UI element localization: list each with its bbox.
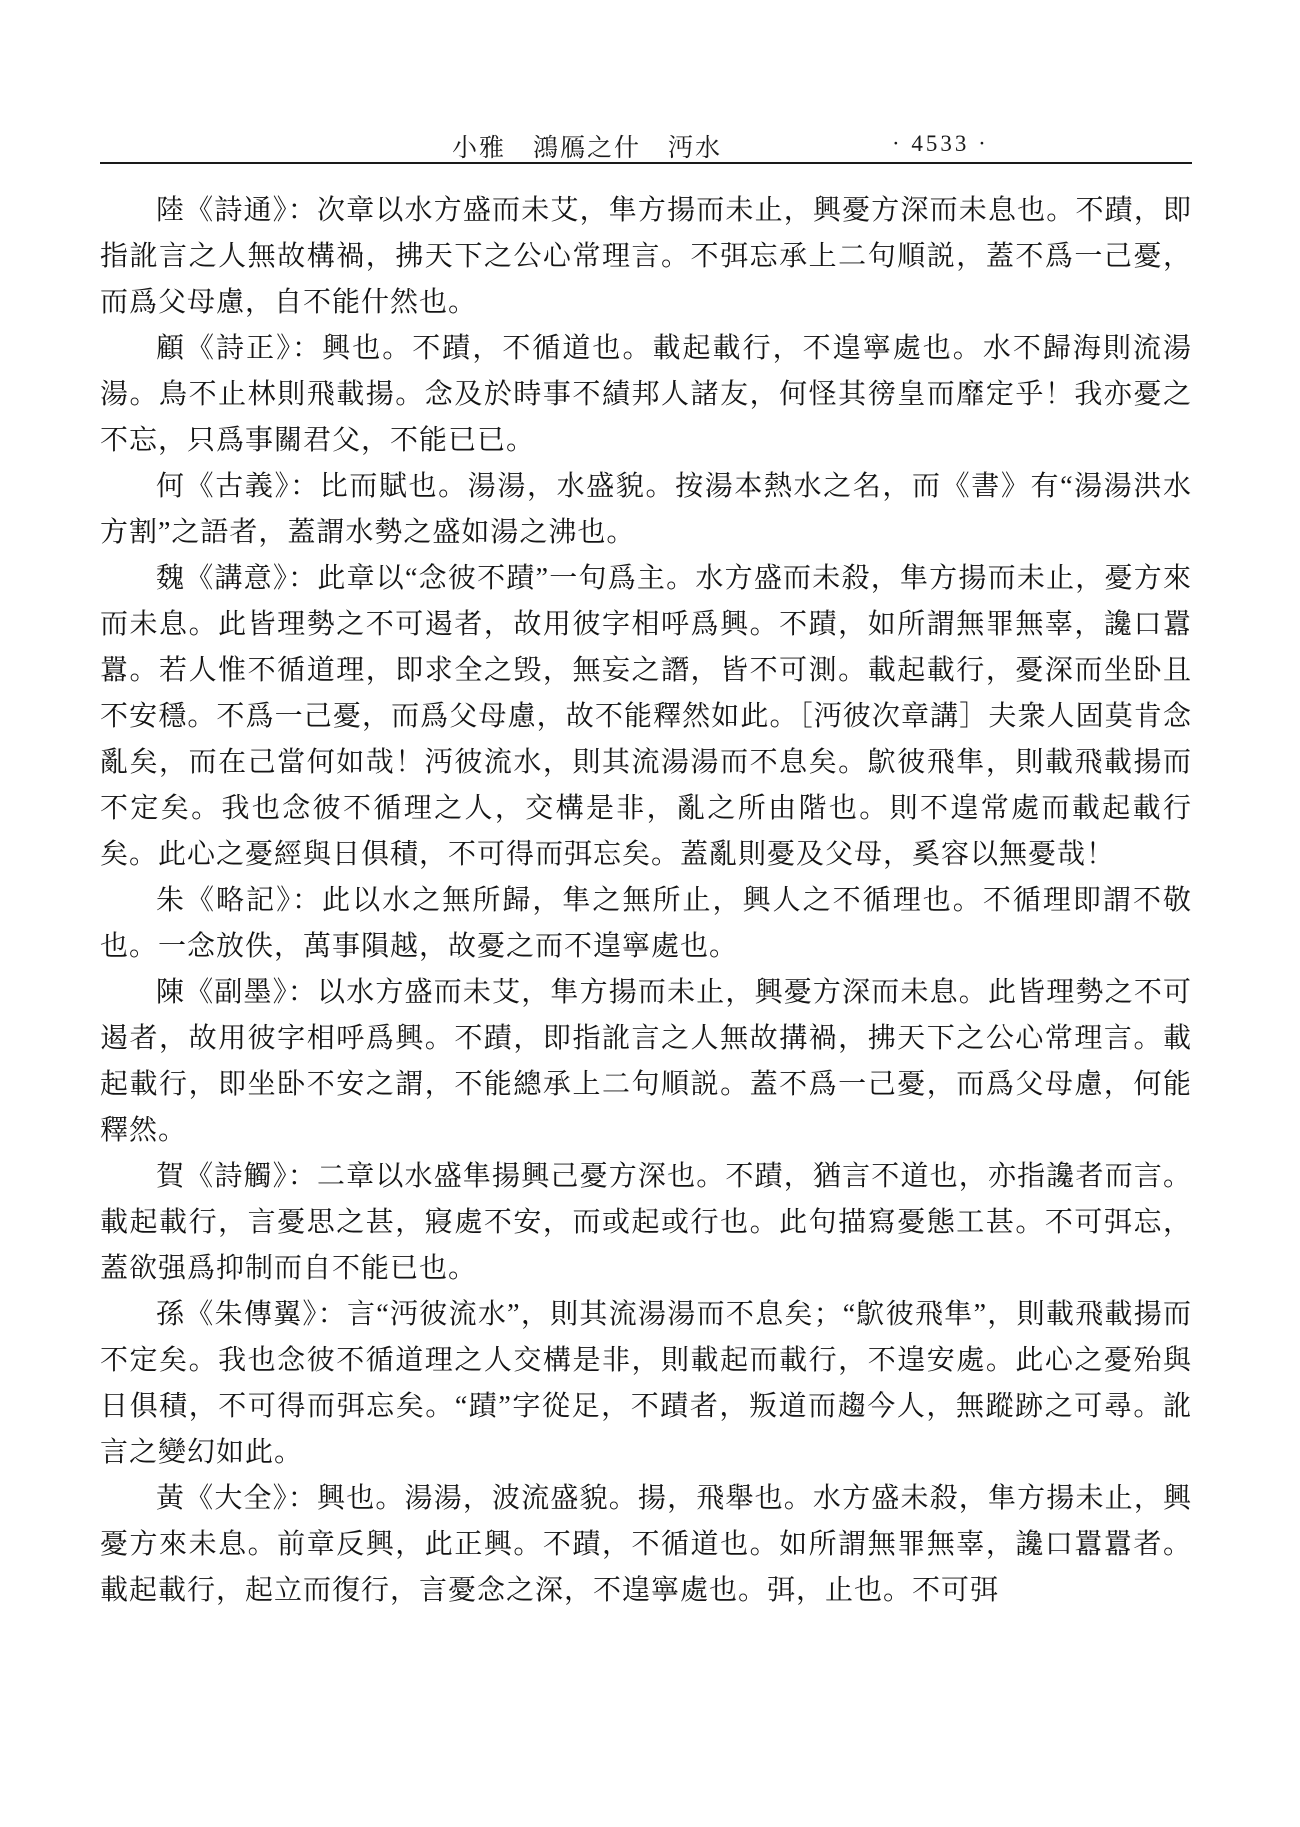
commentary-paragraph: 魏《講意》：此章以“念彼不蹟”一句爲主。水方盛而未殺，隼方揚而未止，憂方來而未息… bbox=[100, 556, 1192, 878]
scanned-book-page: 小雅 鴻鴈之什 沔水 · 4533 · 陸《詩通》：次章以水方盛而未艾，隼方揚而… bbox=[0, 0, 1300, 1827]
section-title: 小雅 鴻鴈之什 沔水 bbox=[452, 128, 722, 164]
header-rule bbox=[100, 162, 1192, 164]
commentary-paragraph: 顧《詩正》：興也。不蹟，不循道也。載起載行，不遑寧處也。水不歸海則流湯湯。鳥不止… bbox=[100, 326, 1192, 464]
commentary-paragraph: 陸《詩通》：次章以水方盛而未艾，隼方揚而未止，興憂方深而未息也。不蹟，即指訛言之… bbox=[100, 188, 1192, 326]
page-number: · 4533 · bbox=[892, 131, 989, 157]
commentary-paragraph: 陳《副墨》：以水方盛而未艾，隼方揚而未止，興憂方深而未息。此皆理勢之不可遏者，故… bbox=[100, 970, 1192, 1154]
page-header: 小雅 鴻鴈之什 沔水 · 4533 · bbox=[100, 126, 1192, 162]
commentary-paragraph: 何《古義》：比而賦也。湯湯，水盛貌。按湯本熱水之名，而《書》有“湯湯洪水方割”之… bbox=[100, 464, 1192, 556]
commentary-body: 陸《詩通》：次章以水方盛而未艾，隼方揚而未止，興憂方深而未息也。不蹟，即指訛言之… bbox=[100, 188, 1192, 1614]
commentary-paragraph: 黃《大全》：興也。湯湯，波流盛貌。揚，飛舉也。水方盛未殺，隼方揚未止，興憂方來未… bbox=[100, 1476, 1192, 1614]
commentary-paragraph: 朱《略記》：此以水之無所歸，隼之無所止，興人之不循理也。不循理即謂不敬也。一念放… bbox=[100, 878, 1192, 970]
commentary-paragraph: 賀《詩觸》：二章以水盛隼揚興己憂方深也。不蹟，猶言不道也，亦指讒者而言。載起載行… bbox=[100, 1154, 1192, 1292]
commentary-paragraph: 孫《朱傳翼》：言“沔彼流水”，則其流湯湯而不息矣；“鴥彼飛隼”，則載飛載揚而不定… bbox=[100, 1292, 1192, 1476]
